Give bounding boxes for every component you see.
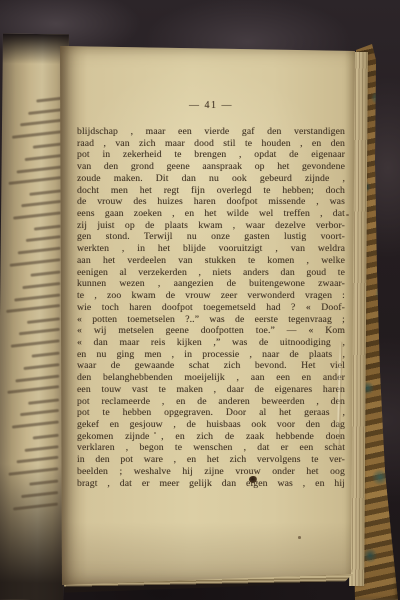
facing-page-text-blur bbox=[6, 304, 60, 313]
facing-page-text-blur bbox=[25, 445, 59, 452]
facing-page-text-blur bbox=[36, 97, 62, 103]
facing-page-text-blur bbox=[12, 421, 59, 429]
facing-page-text-blur bbox=[26, 235, 61, 242]
facing-page-text-blur bbox=[13, 211, 61, 219]
facing-page-text-blur bbox=[29, 189, 61, 196]
text-line: van den grond geene aanspraak op het gev… bbox=[77, 161, 345, 173]
paper-speck bbox=[346, 214, 349, 216]
text-line: aan het verdeelen van stukken te komen ,… bbox=[77, 255, 345, 267]
page-text: blijdschap , maar een vierde gaf den ver… bbox=[77, 126, 345, 489]
text-line: kunnen wezen , aangezien de buitengewone… bbox=[77, 278, 345, 290]
facing-page-text-blur bbox=[11, 339, 60, 347]
facing-page-text-blur bbox=[25, 154, 62, 161]
text-line: beelden ; weshalve hij zijne vrouw onder… bbox=[77, 466, 345, 478]
text-line: een touw vast te maken , daar de eigenar… bbox=[77, 384, 345, 396]
text-line: en nu ging men , in processie , naar de … bbox=[77, 349, 345, 361]
text-line: eens gaan zoeken , en het wilde wel tref… bbox=[77, 208, 345, 220]
facing-page-edge bbox=[0, 34, 69, 600]
paper-speck bbox=[154, 432, 156, 434]
facing-page-text-blur bbox=[13, 502, 58, 510]
facing-page-text-blur bbox=[10, 258, 61, 267]
text-line: pot in zekerheid te brengen , opdat de e… bbox=[77, 149, 345, 161]
book-page: — 41 — blijdschap , maar een vierde gaf … bbox=[58, 44, 356, 587]
text-line: werkten , in het blijde vooruitzigt , va… bbox=[77, 243, 345, 255]
facing-page-text-blur bbox=[8, 467, 58, 476]
facing-page-text-blur bbox=[30, 271, 60, 277]
text-line: zoude maken. Dit dan nu ook gebeurd zijn… bbox=[77, 173, 345, 185]
facing-page-text-blur bbox=[21, 491, 58, 498]
facing-page-text-blur bbox=[12, 130, 62, 139]
text-line: « dan maar reis kijken ,” was de uitnood… bbox=[77, 337, 345, 349]
facing-page-text-blur bbox=[15, 374, 59, 382]
text-line: blijdschap , maar een vierde gaf den ver… bbox=[77, 126, 345, 138]
text-line: wie toch haren doofpot toegemetseld had … bbox=[77, 302, 345, 314]
facing-page-text-blur bbox=[8, 176, 61, 185]
text-line: in den pot ware , en het zich vervolgens… bbox=[77, 454, 345, 466]
facing-page-text-blur bbox=[28, 398, 59, 404]
facing-page-text-blur bbox=[21, 200, 61, 207]
facing-page-text-blur bbox=[7, 385, 59, 394]
text-line: gekomen zijnde , en zich de zaak hebbend… bbox=[77, 431, 345, 443]
facing-page-text-blur bbox=[14, 293, 60, 301]
facing-page-text-blur bbox=[28, 108, 62, 115]
facing-page-text-blur bbox=[23, 363, 59, 370]
text-line: gekef en gesjouw , de huisbaas ook voor … bbox=[77, 419, 345, 431]
text-line: « potten toemetselen ?..” was de eerste … bbox=[77, 314, 345, 326]
paper-speck bbox=[298, 536, 301, 539]
text-line: te , zoo kwam de vrouw zeer verwonderd v… bbox=[77, 290, 345, 302]
facing-page-blurred-text bbox=[0, 34, 69, 508]
text-line: verklaren , begon te wenschen , dat er e… bbox=[77, 442, 345, 454]
facing-page-text-blur bbox=[16, 456, 58, 464]
text-line: pot reclameerde , en de anderen beweerde… bbox=[77, 396, 345, 408]
text-line: gen stond. Terwijl nu onze gasten lustig… bbox=[77, 231, 345, 243]
facing-page-text-blur bbox=[27, 317, 60, 324]
facing-page-text-blur bbox=[20, 409, 59, 416]
facing-page-text-blur bbox=[34, 224, 61, 230]
text-line: zij juist op de plaats kwam , waar dezel… bbox=[77, 220, 345, 232]
facing-page-text-blur bbox=[33, 143, 62, 149]
facing-page-text-blur bbox=[22, 282, 60, 289]
text-line: eenigen al verzekerden , niets anders da… bbox=[77, 267, 345, 279]
text-line: bragt , dat er meer gelijk dan eigen was… bbox=[77, 478, 345, 490]
facing-page-text-blur bbox=[29, 480, 58, 486]
book-photo: — 41 — blijdschap , maar een vierde gaf … bbox=[0, 0, 400, 600]
text-line: « wij metselen geene doofpotten toe.” — … bbox=[77, 325, 345, 337]
text-line: waar de gewaande schat zich bevond. Het … bbox=[77, 360, 345, 372]
text-line: de vrouw des huizes haren doofpot missen… bbox=[77, 196, 345, 208]
facing-page-text-blur bbox=[20, 119, 62, 127]
facing-page-text-blur bbox=[18, 247, 61, 255]
facing-page-text-blur bbox=[19, 328, 60, 336]
text-line: den belanghebbenden moeijelijk , aan een… bbox=[77, 372, 345, 384]
text-line: pot te hebben opgegraven. Door al het ge… bbox=[77, 407, 345, 419]
page-number: — 41 — bbox=[77, 100, 345, 111]
text-line: raad , van zich maar dood stil te houden… bbox=[77, 138, 345, 150]
facing-page-text-blur bbox=[33, 434, 59, 440]
text-line: docht men het regt fijn overlegd te hebb… bbox=[77, 185, 345, 197]
facing-page-text-blur bbox=[17, 165, 62, 173]
facing-page-text-blur bbox=[32, 352, 60, 358]
